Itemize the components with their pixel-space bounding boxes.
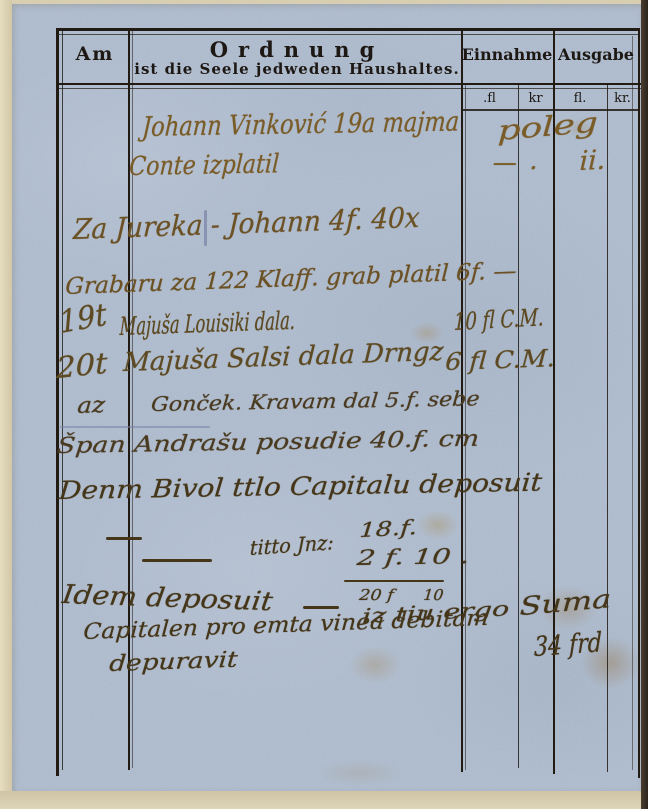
entry-1-text: Johann Vinković 19a majma [142, 108, 460, 141]
entry-1-text-3: Conte izplatil [129, 151, 280, 180]
entry-11-text: Capitalen pro emta vinea debitam [83, 608, 490, 644]
entry-5-date: 20t [56, 349, 108, 384]
page-edge-left [0, 0, 12, 809]
entry-8-text: Denm Bivol ttlo Capitalu deposuit [58, 470, 543, 503]
entry-3-text: Grabaru za 122 Klaff. grab platil 6f. — [65, 260, 517, 299]
page-edge-bottom [0, 791, 648, 809]
sum-rule [344, 580, 444, 582]
ink-dash [142, 559, 212, 562]
entry-9-amount-1: 18.f. [359, 517, 418, 540]
entry-1-einnahme-kr: . [529, 148, 540, 174]
entry-10-text: Idem deposuit [61, 582, 275, 615]
entry-6-date: az [77, 395, 106, 418]
entry-4-date: 19t [58, 300, 108, 339]
ink-dash [303, 606, 339, 609]
entry-4-text: Majuša Louisiki dala. [119, 308, 295, 339]
entry-2-text: Za Jureka - Johann 4f. 40x [73, 204, 421, 244]
entry-9-amount-2: 2 f. 10 . [356, 546, 471, 569]
entry-1-ausgabe-fl: ii. [579, 147, 606, 175]
entry-7-text: Špan Andrašu posudie 40.f. cm [56, 429, 480, 458]
entry-10-suma: Suma [519, 586, 611, 619]
handwriting-layer: Johann Vinković 19a majmapolegConte izpl… [0, 0, 648, 809]
entry-5-amount: 6 fl C.M. [445, 346, 556, 374]
entry-11-text-2: depuravit [108, 650, 238, 677]
entry-10-suma-amount: 34 frd [534, 629, 602, 661]
pencil-mark [204, 210, 207, 246]
entry-1-einnahme-fl: — [492, 150, 518, 176]
entry-5-text: Majuša Salsi dala Drngz [123, 339, 444, 376]
pencil-underline [60, 426, 210, 428]
entry-9-label: titto Jnz: [250, 532, 334, 558]
entry-1-text-2: poleg [497, 109, 598, 145]
page-edge-top [0, 0, 648, 4]
ink-dash [106, 537, 142, 540]
entry-10-sum-fl: 20 f [358, 588, 394, 603]
page-edge-right [641, 0, 648, 809]
entry-6-text: Gonček. Kravam dal 5.f. sebe [150, 388, 480, 414]
entry-4-amount: 10 fl C.M. [454, 305, 544, 334]
ledger-page-scan: Am Ordnung ist die Seele jedweden Hausha… [0, 0, 648, 809]
